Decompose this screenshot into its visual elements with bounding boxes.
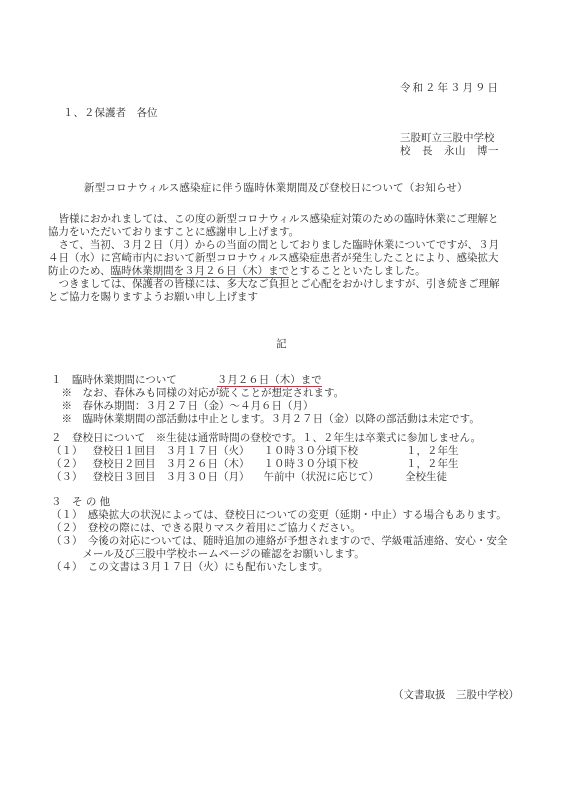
note-item: ※ なお、春休みも同様の対応が続くことが想定されます。 (51, 387, 480, 400)
section-heading: ２ 登校日について ※生徒は通常時間の登校です。１、２年生は卒業式に参加しません… (51, 432, 481, 445)
other-item: （２） 登校の際には、できる限りマスク着用にご協力ください。 (51, 522, 507, 535)
row-label: 登校日２回目 (93, 458, 156, 470)
school-day-row: （２）登校日２回目３月２６日（木）１０時３０分頃下校１，２年生 (51, 458, 481, 471)
body-line: さて、当初、３月２日（月）からの当面の間としておりました臨時休業についてですが、… (48, 239, 528, 252)
document-title: 新型コロナウィルス感染症に伴う臨時休業期間及び登校日について（お知らせ） (84, 182, 468, 195)
row-date: ３月２６日（木） (166, 458, 250, 470)
section-other: ３ そ の 他 （１） 感染拡大の状況によっては、登校日についての変更（延期・中… (51, 496, 507, 574)
note-item: ※ 春休み期間：３月２７日（金）～４月６日（月） (51, 400, 480, 413)
row-date: ３月１７日（火） (166, 445, 250, 457)
body-text-segment: 防止のため、 (48, 265, 111, 277)
body-text: 皆様におかれましては、この度の新型コロナウィルス感染症対策のための臨時休業にご理… (48, 213, 528, 304)
body-line: とご協力を賜りますようお願い申し上げます (48, 291, 528, 304)
body-text-segment: とすることといたしました。 (289, 265, 426, 277)
body-line: 協力をいただいておりますことに感謝申し上げます。 (48, 226, 528, 239)
school-day-row: （３）登校日３回目３月３０日（月）午前中（状況に応じて）全校生徒 (51, 471, 481, 484)
body-line: ４日（水）に宮崎市内において新型コロナウィルス感染症患者が発生したことにより、感… (48, 252, 528, 265)
underlined-closure-period: 臨時休業期間を３月２６日（木）まで (111, 265, 290, 278)
school-name: 三股町立三股中学校 (400, 132, 495, 145)
body-line: 防止のため、臨時休業期間を３月２６日（木）までとすることといたしました。 (48, 265, 528, 278)
other-item: （３） 今後の対応については、随時追加の連絡が予想されますので、学級電話連絡、安… (51, 535, 507, 548)
ki-heading: 記 (276, 338, 287, 351)
row-label: 登校日１回目 (93, 445, 156, 457)
other-item: メール及び三股中学校ホームページの確認をお願いします。 (51, 548, 507, 561)
document-date: 令和２年３月９日 (400, 82, 500, 95)
principal-name: 校 長 永山 博一 (400, 145, 499, 158)
row-grade: １，２年生 (406, 458, 459, 470)
note-item: ※ 臨時休業期間の部活動は中止とします。３月２７日（金）以降の部活動は未定です。 (51, 413, 480, 426)
row-number: （２） (51, 458, 83, 470)
row-number: （１） (51, 445, 83, 457)
section-heading-label: １ 臨時休業期間について (51, 374, 177, 386)
body-line: つきましては、保護者の皆様には、多大なご負担とご心配をおかけしますが、引き続きご… (48, 278, 528, 291)
row-time: １０時３０分頃下校 (264, 445, 359, 457)
other-item: （４） この文書は３月１７日（火）にも配布いたします。 (51, 561, 507, 574)
other-item: （１） 感染拡大の状況によっては、登校日についての変更（延期・中止）する場合もあ… (51, 509, 507, 522)
document-footer: （文書取扱 三股中学校） (393, 689, 519, 702)
row-grade: 全校生徒 (405, 471, 447, 483)
row-grade: １，２年生 (406, 445, 459, 457)
addressee: １、２保護者 各位 (63, 107, 158, 120)
section-closure-period: １ 臨時休業期間について３月２６日（木）まで ※ なお、春休みも同様の対応が続く… (51, 374, 480, 426)
section-school-days: ２ 登校日について ※生徒は通常時間の登校です。１、２年生は卒業式に参加しません… (51, 432, 481, 484)
row-time: １０時３０分頃下校 (264, 458, 359, 470)
body-line: 皆様におかれましては、この度の新型コロナウィルス感染症対策のための臨時休業にご理… (48, 213, 528, 226)
section-heading-value: ３月２６日（木）まで (217, 374, 322, 387)
school-day-row: （１）登校日１回目３月１７日（火）１０時３０分頃下校１，２年生 (51, 445, 481, 458)
row-label: 登校日３回目 (93, 471, 156, 483)
row-time: 午前中（状況に応じて） (264, 471, 380, 483)
row-number: （３） (51, 471, 83, 483)
row-date: ３月３０日（月） (166, 471, 250, 483)
section-heading: ３ そ の 他 (51, 496, 507, 509)
section-heading: １ 臨時休業期間について３月２６日（木）まで (51, 374, 480, 387)
